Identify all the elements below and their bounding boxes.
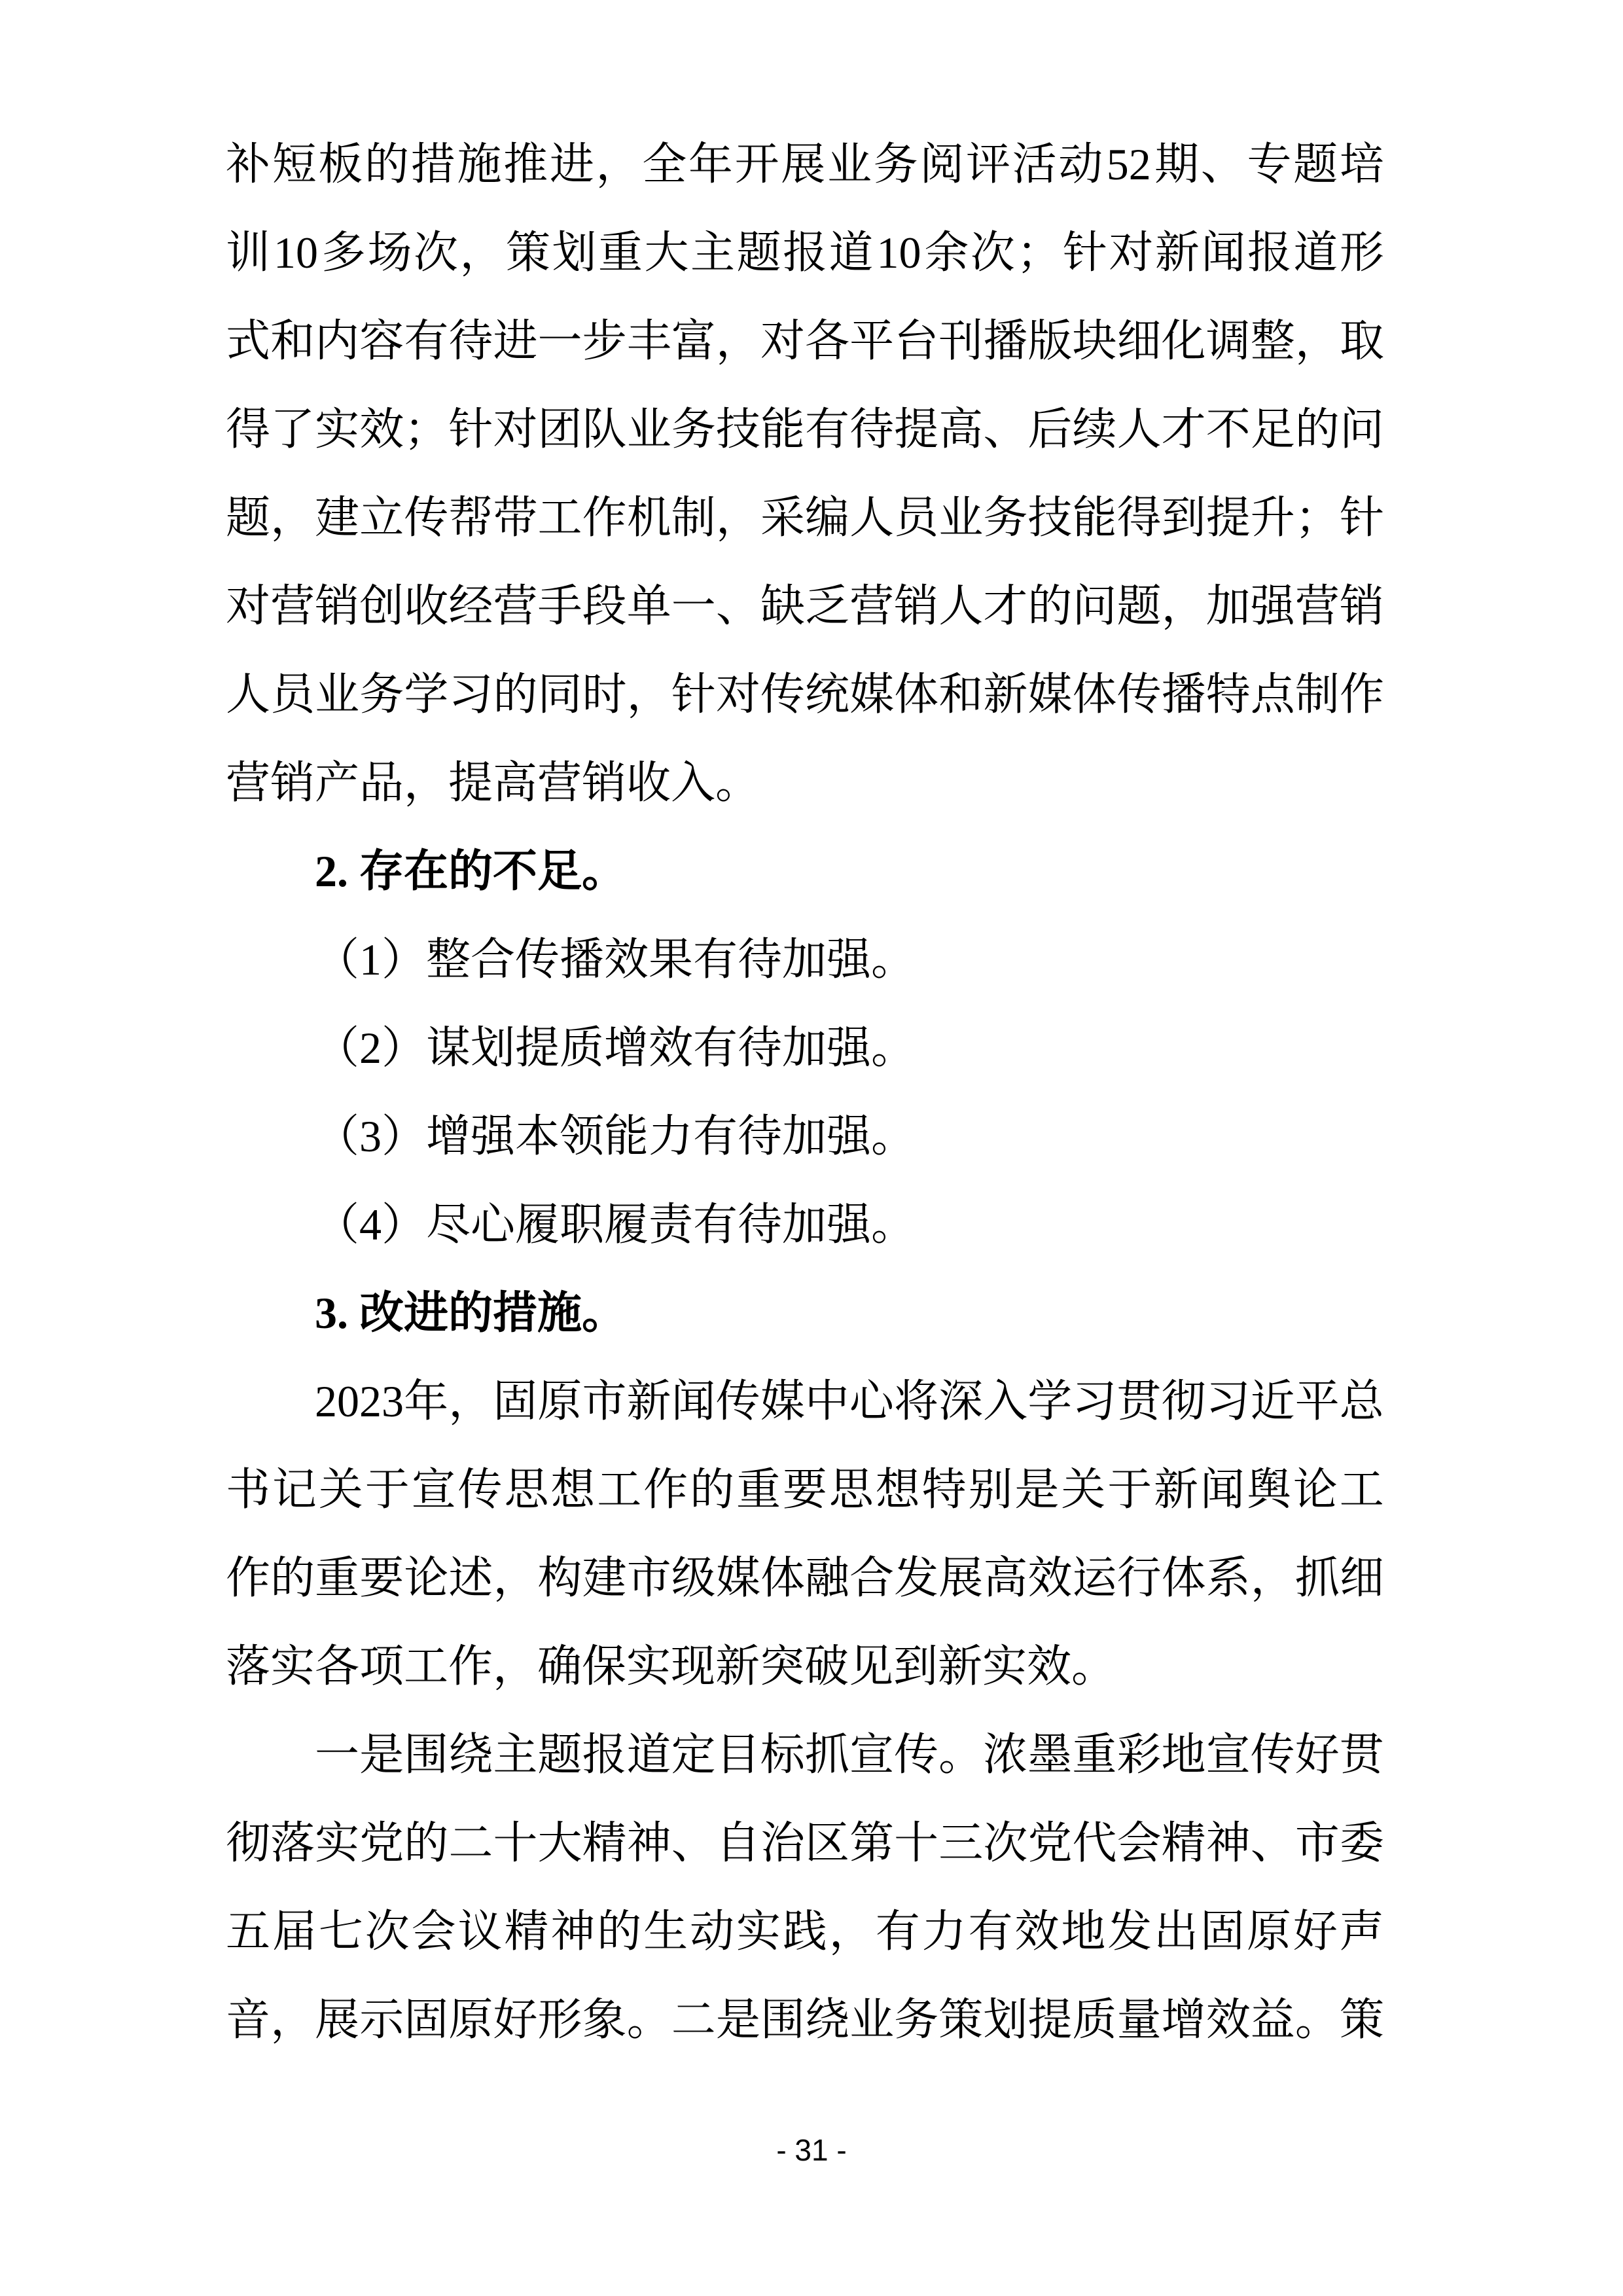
paragraph-line: 人员业务学习的同时，针对传统媒体和新媒体传播特点制作 bbox=[226, 651, 1384, 739]
paragraph-line: 题，建立传帮带工作机制，采编人员业务技能得到提升；针 bbox=[226, 474, 1384, 562]
paragraph-line: 彻落实党的二十大精神、自治区第十三次党代会精神、市委 bbox=[226, 1799, 1384, 1888]
numbered-point: （3）增强本领能力有待加强。 bbox=[226, 1092, 1384, 1181]
numbered-point: （1）整合传播效果有待加强。 bbox=[226, 916, 1384, 1004]
numbered-point: （2）谋划提质增效有待加强。 bbox=[226, 1004, 1384, 1092]
paragraph-line: 得了实效；针对团队业务技能有待提高、后续人才不足的问 bbox=[226, 386, 1384, 474]
numbered-point: （4）尽心履职履责有待加强。 bbox=[226, 1181, 1384, 1269]
paragraph-line: 2023 年，固原市新闻传媒中心将深入学习贯彻习近平总 bbox=[226, 1357, 1384, 1446]
page-number: - 31 - bbox=[0, 2124, 1623, 2176]
document-page: 补短板的措施推进，全年开展业务阅评活动 52 期、专题培 训 10 多场次，策划… bbox=[0, 0, 1623, 2296]
paragraph-line: 对营销创收经营手段单一、缺乏营销人才的问题，加强营销 bbox=[226, 562, 1384, 651]
paragraph-line: 书记关于宣传思想工作的重要思想特别是关于新闻舆论工 bbox=[226, 1446, 1384, 1534]
paragraph-line: 补短板的措施推进，全年开展业务阅评活动 52 期、专题培 bbox=[226, 120, 1384, 209]
paragraph-line: 式和内容有待进一步丰富，对各平台刊播版块细化调整，取 bbox=[226, 297, 1384, 386]
paragraph-line: 五届七次会议精神的生动实践，有力有效地发出固原好声 bbox=[226, 1888, 1384, 1976]
paragraph-line: 营销产品，提高营销收入。 bbox=[226, 739, 1384, 827]
paragraph-line: 训 10 多场次，策划重大主题报道 10 余次；针对新闻报道形 bbox=[226, 209, 1384, 297]
document-body: 补短板的措施推进，全年开展业务阅评活动 52 期、专题培 训 10 多场次，策划… bbox=[226, 120, 1384, 2064]
section-heading: 2. 存在的不足。 bbox=[226, 827, 1384, 916]
paragraph-line: 音，展示固原好形象。二是围绕业务策划提质量增效益。策 bbox=[226, 1976, 1384, 2064]
paragraph-line: 作的重要论述，构建市级媒体融合发展高效运行体系，抓细 bbox=[226, 1534, 1384, 1623]
paragraph-line: 一是围绕主题报道定目标抓宣传。浓墨重彩地宣传好贯 bbox=[226, 1711, 1384, 1799]
section-heading: 3. 改进的措施。 bbox=[226, 1269, 1384, 1357]
paragraph-line: 落实各项工作，确保实现新突破见到新实效。 bbox=[226, 1623, 1384, 1711]
